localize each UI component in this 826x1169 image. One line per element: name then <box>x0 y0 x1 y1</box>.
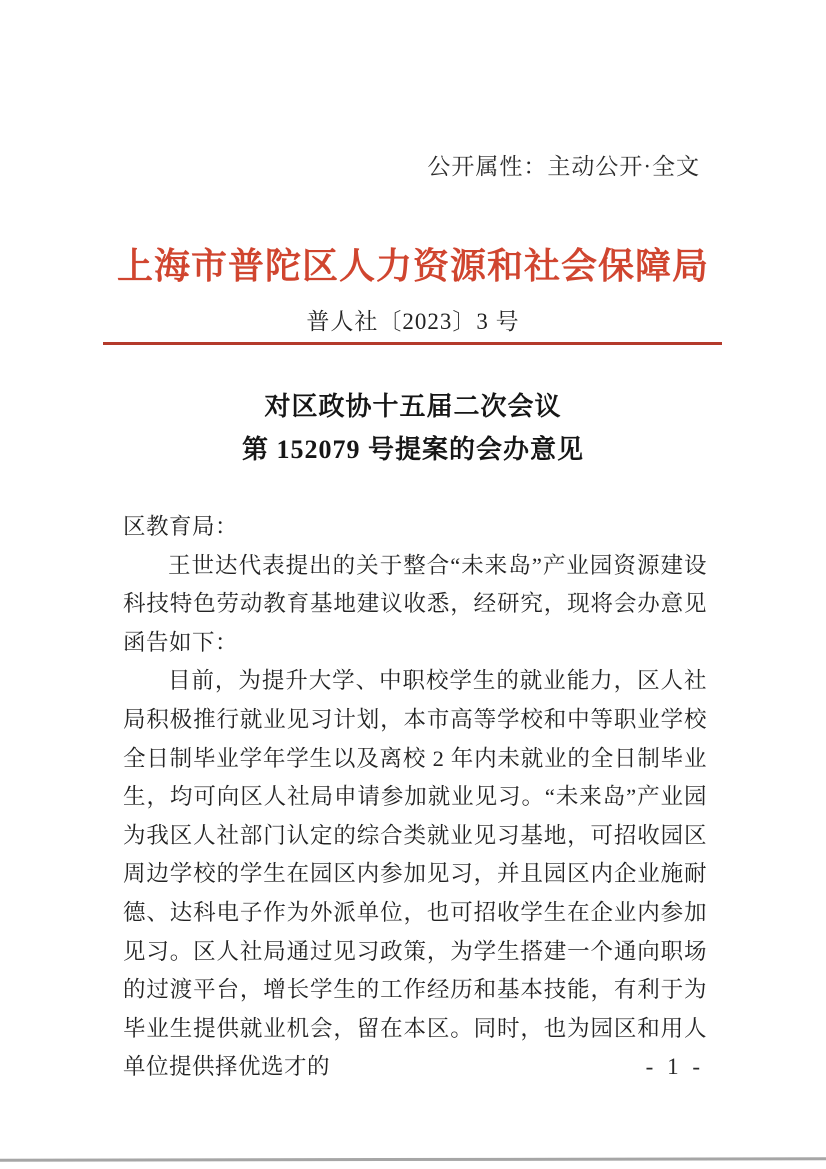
document-title: 对区政协十五届二次会议 第 152079 号提案的会办意见 <box>0 385 826 471</box>
document-body: 区教育局： 王世达代表提出的关于整合“未来岛”产业园资源建设科技特色劳动教育基地… <box>123 508 707 1087</box>
document-number: 普人社〔2023〕3 号 <box>0 303 826 336</box>
salutation: 区教育局： <box>123 508 707 547</box>
document-title-line1: 对区政协十五届二次会议 <box>0 385 826 428</box>
document-title-line2: 第 152079 号提案的会办意见 <box>0 428 826 471</box>
document-page: 公开属性：主动公开·全文 上海市普陀区人力资源和社会保障局 普人社〔2023〕3… <box>0 0 826 1169</box>
scan-edge-line <box>0 1157 826 1161</box>
body-paragraph-2: 目前，为提升大学、中职校学生的就业能力，区人社局积极推行就业见习计划，本市高等学… <box>123 662 707 1087</box>
body-paragraph-1: 王世达代表提出的关于整合“未来岛”产业园资源建设科技特色劳动教育基地建议收悉，经… <box>123 547 707 663</box>
disclosure-attribute-label: 公开属性：主动公开·全文 <box>427 148 700 181</box>
page-number: - 1 - <box>646 1054 704 1080</box>
agency-title: 上海市普陀区人力资源和社会保障局 <box>0 238 826 289</box>
red-divider-rule <box>103 342 722 345</box>
